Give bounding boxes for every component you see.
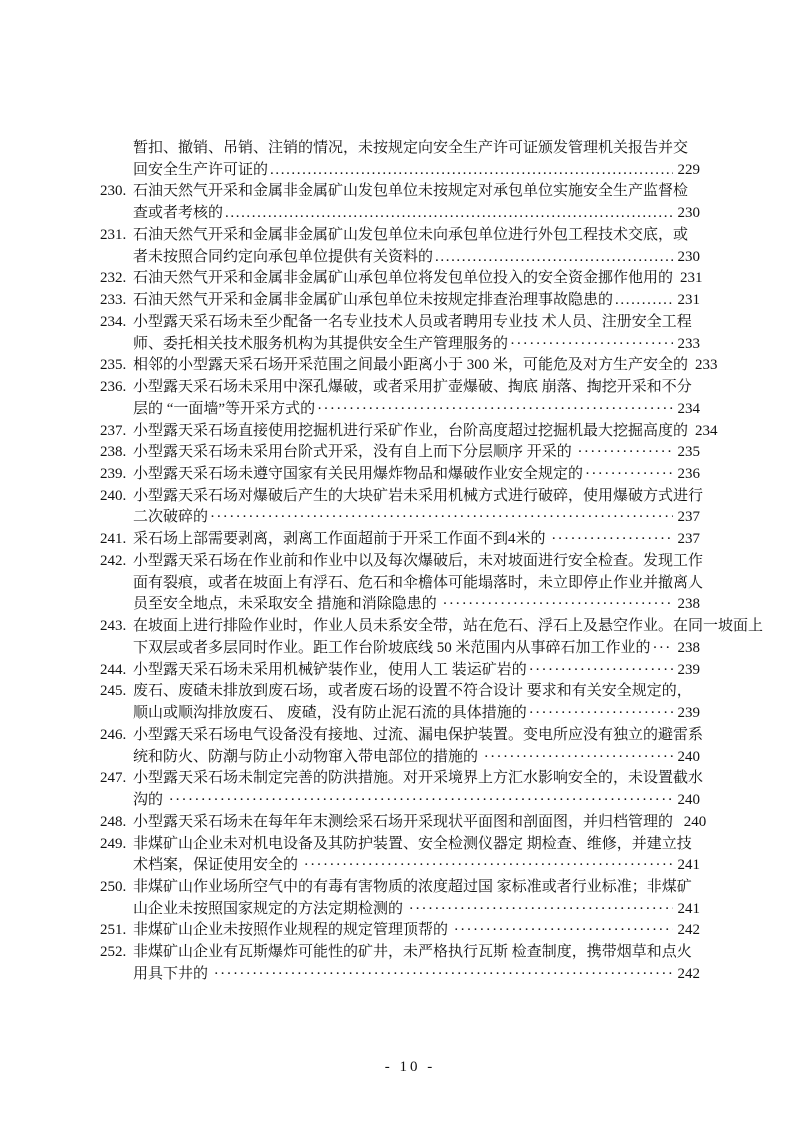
- toc-line: 回安全生产许可证的...............................…: [100, 160, 700, 182]
- toc-line: 二次破碎的···································…: [100, 507, 700, 529]
- toc-entry: 230.石油天然气开采和金属非金属矿山发包单位未按规定对承包单位实施安全生产监督…: [100, 181, 700, 224]
- document-page: 暂扣、撤销、吊销、注销的情况，未按规定向安全生产许可证颁发管理机关报告并交回安全…: [0, 0, 793, 1122]
- dot-leader: ········································…: [304, 855, 673, 877]
- entry-text: 小型露天采石场未至少配备一名专业技术人员或者聘用专业技 术人员、注册安全工程: [133, 314, 692, 330]
- toc-entry: 247.小型露天采石场未制定完善的防洪措施。对开采境界上方汇水影响安全的，未设置…: [100, 768, 700, 811]
- toc-line: 243.在坡面上进行排险作业时，作业人员未系安全带，站在危石、浮石上及悬空作业。…: [100, 616, 700, 638]
- entry-page-number: 234: [673, 399, 701, 421]
- entry-text: 小型露天采石场对爆破后产生的大块矿岩未采用机械方式进行破碎，使用爆破方式进行: [133, 488, 703, 504]
- toc-line: 235.相邻的小型露天采石场开采范围之间最小距离小于 300 米，可能危及对方生…: [100, 355, 700, 377]
- dot-leader: ........................................…: [435, 247, 672, 269]
- entry-page-number: 233: [673, 334, 701, 356]
- toc-entry: 234.小型露天采石场未至少配备一名专业技术人员或者聘用专业技 术人员、注册安全…: [100, 312, 700, 355]
- entry-text: 小型露天采石场未采用台阶式开采，没有自上而下分层顺序 开采的: [133, 442, 576, 464]
- entry-text: 相邻的小型露天采石场开采范围之间最小距离小于 300 米，可能危及对方生产安全的: [133, 355, 688, 377]
- toc-entry: 249.非煤矿山企业未对机电设备及其防护装置、安全检测仪器定 期检查、维修，并建…: [100, 834, 700, 877]
- toc-entry: 242.小型露天采石场在作业前和作业中以及每次爆破后，未对坡面进行安全检查。发现…: [100, 551, 700, 616]
- entry-page-number: 240: [673, 790, 701, 812]
- page-footer: - 10 -: [0, 1042, 793, 1093]
- entry-page-number: 236: [673, 464, 701, 486]
- entry-text: 顺山或顺沟排放废石、 废碴，没有防止泥石流的具体措施的: [133, 703, 527, 725]
- entry-text: 小型露天采石场未制定完善的防洪措施。对开采境界上方汇水影响安全的，未设置截水: [133, 770, 703, 786]
- entry-number: 244.: [100, 660, 133, 682]
- entry-number: 242.: [100, 551, 133, 573]
- entry-number: 247.: [100, 768, 133, 790]
- toc-line: 239.小型露天采石场未遵守国家有关民用爆炸物品和爆破作业安全规定的······…: [100, 464, 700, 486]
- entry-number: 241.: [100, 529, 133, 551]
- toc-line: 顺山或顺沟排放废石、 废碴，没有防止泥石流的具体措施的·············…: [100, 703, 700, 725]
- entry-page-number: 241: [673, 855, 701, 877]
- entry-number: 249.: [100, 834, 133, 856]
- dot-leader: ········································…: [454, 920, 673, 942]
- toc-line: 232.石油天然气开采和金属非金属矿山承包单位将发包单位投入的安全资金挪作他用的…: [100, 268, 700, 290]
- toc-line: 者未按照合同约定向承包单位提供有关资料的....................…: [100, 247, 700, 269]
- toc-entry: 239.小型露天采石场未遵守国家有关民用爆炸物品和爆破作业安全规定的······…: [100, 464, 700, 486]
- toc-line: 251.非煤矿山企业未按照作业规程的规定管理顶帮的 ··············…: [100, 920, 700, 942]
- entry-page-number: 230: [673, 203, 701, 225]
- toc-line: 231.石油天然气开采和金属非金属矿山发包单位未向承包单位进行外包工程技术交底，…: [100, 225, 700, 247]
- entry-page-number: 237: [673, 529, 701, 551]
- entry-page-number: 234: [690, 421, 718, 443]
- entry-text: 石油天然气开采和金属非金属矿山发包单位未按规定对承包单位实施安全生产监督检: [133, 183, 688, 199]
- entry-number: 233.: [100, 290, 133, 312]
- entry-number: 239.: [100, 464, 133, 486]
- dot-leader: ········································…: [317, 399, 672, 421]
- entry-text: 小型露天采石场未遵守国家有关民用爆炸物品和爆破作业安全规定的: [133, 464, 583, 486]
- entry-text: 废石、废碴未排放到废石场，或者废石场的设置不符合设计 要求和有关安全规定的，: [133, 683, 692, 699]
- entry-text: 非煤矿山企业未按照作业规程的规定管理顶帮的: [133, 920, 452, 942]
- entry-text: 层的 “一面墙”等开采方式的: [133, 399, 315, 421]
- toc-line: 术档案，保证使用安全的 ····························…: [100, 855, 700, 877]
- entry-text: 非煤矿山作业场所空气中的有毒有害物质的浓度超过国 家标准或者行业标准；非煤矿: [133, 879, 692, 895]
- toc-entry: 233.石油天然气开采和金属非金属矿山承包单位未按规定排查治理事故隐患的....…: [100, 290, 700, 312]
- entry-page-number: 239: [673, 660, 701, 682]
- entry-text: 石油天然气开采和金属非金属矿山发包单位未向承包单位进行外包工程技术交底，或: [133, 227, 688, 243]
- entry-page-number: 238: [673, 638, 701, 660]
- entry-page-number: 240: [679, 812, 707, 834]
- entry-text: 非煤矿山企业未对机电设备及其防护装置、安全检测仪器定 期检查、维修，并建立技: [133, 836, 692, 852]
- entry-page-number: 241: [673, 899, 701, 921]
- toc-line: 暂扣、撤销、吊销、注销的情况，未按规定向安全生产许可证颁发管理机关报告并交: [100, 138, 700, 160]
- entry-text: 山企业未按照国家规定的方法定期检测的: [133, 899, 407, 921]
- toc-line: 师、委托相关技术服务机构为其提供安全生产管理服务的···············…: [100, 334, 700, 356]
- toc-line: 245.废石、废碴未排放到废石场，或者废石场的设置不符合设计 要求和有关安全规定…: [100, 681, 700, 703]
- toc-entry: 250.非煤矿山作业场所空气中的有毒有害物质的浓度超过国 家标准或者行业标准；非…: [100, 877, 700, 920]
- entry-text: 师、委托相关技术服务机构为其提供安全生产管理服务的: [133, 334, 508, 356]
- toc-line: 236.小型露天采石场未采用中深孔爆破，或者采用扩壶爆破、掏底 崩落、掏挖开采和…: [100, 377, 700, 399]
- toc-line: 240.小型露天采石场对爆破后产生的大块矿岩未采用机械方式进行破碎，使用爆破方式…: [100, 486, 700, 508]
- entry-text: 小型露天采石场未采用中深孔爆破，或者采用扩壶爆破、掏底 崩落、掏挖开采和不分: [133, 379, 692, 395]
- entry-text: 二次破碎的: [133, 507, 208, 529]
- toc-line: 246.小型露天采石场电气设备没有接地、过流、漏电保护装置。变电所应没有独立的避…: [100, 725, 700, 747]
- entry-number: 235.: [100, 355, 133, 377]
- entry-text: 小型露天采石场未采用机械铲装作业，使用人工 装运矿岩的: [133, 660, 527, 682]
- entry-page-number: 231: [675, 268, 703, 290]
- toc-entry: 238.小型露天采石场未采用台阶式开采，没有自上而下分层顺序 开采的 ·····…: [100, 442, 700, 464]
- toc-line: 沟的 ·····································…: [100, 790, 700, 812]
- entry-text: 查或者考核的: [133, 203, 223, 225]
- entry-text: 沟的: [133, 790, 167, 812]
- dot-leader: ········································…: [529, 660, 673, 682]
- dot-leader: ········································…: [653, 638, 673, 660]
- dot-leader: ········································…: [529, 703, 673, 725]
- entry-number: 252.: [100, 942, 133, 964]
- toc-entry: 241.采石场上部需要剥离，剥离工作面超前于开采工作面不到4米的 ·······…: [100, 529, 700, 551]
- toc-line: 250.非煤矿山作业场所空气中的有毒有害物质的浓度超过国 家标准或者行业标准；非…: [100, 877, 700, 899]
- dot-leader: ········································…: [169, 790, 673, 812]
- toc-line: 山企业未按照国家规定的方法定期检测的 ·····················…: [100, 899, 700, 921]
- dot-leader: ········································…: [409, 899, 673, 921]
- dot-leader: ........................................…: [270, 160, 672, 182]
- toc-entry: 231.石油天然气开采和金属非金属矿山发包单位未向承包单位进行外包工程技术交底，…: [100, 225, 700, 268]
- dot-leader: ········································…: [510, 334, 672, 356]
- entry-text: 者未按照合同约定向承包单位提供有关资料的: [133, 247, 433, 269]
- toc-line: 查或者考核的..................................…: [100, 203, 700, 225]
- toc-entry: 235.相邻的小型露天采石场开采范围之间最小距离小于 300 米，可能危及对方生…: [100, 355, 700, 377]
- entry-number: 248.: [100, 812, 133, 834]
- entry-text: 在坡面上进行排险作业时，作业人员未系安全带，站在危石、浮石上及悬空作业。在同一坡…: [133, 618, 763, 634]
- toc-line: 层的 “一面墙”等开采方式的··························…: [100, 399, 700, 421]
- entry-text: 面有裂痕，或者在坡面上有浮石、危石和伞檐体可能塌落时，未立即停止作业并撤离人: [133, 575, 703, 591]
- entry-page-number: 231: [673, 290, 701, 312]
- entry-text: 小型露天采石场未在每年年末测绘采石场开采现状平面图和剖面图，并归档管理的: [133, 812, 677, 834]
- toc-list: 暂扣、撤销、吊销、注销的情况，未按规定向安全生产许可证颁发管理机关报告并交回安全…: [100, 138, 700, 986]
- entry-page-number: 239: [673, 703, 701, 725]
- dot-leader: ········································…: [443, 594, 673, 616]
- toc-line: 员至安全地点，未采取安全 措施和消除隐患的 ··················…: [100, 594, 700, 616]
- entry-number: 246.: [100, 725, 133, 747]
- toc-entry: 245.废石、废碴未排放到废石场，或者废石场的设置不符合设计 要求和有关安全规定…: [100, 681, 700, 724]
- toc-line: 241.采石场上部需要剥离，剥离工作面超前于开采工作面不到4米的 ·······…: [100, 529, 700, 551]
- toc-line: 用具下井的 ··································…: [100, 964, 700, 986]
- dot-leader: ········································…: [585, 464, 672, 486]
- entry-number: 243.: [100, 616, 133, 638]
- entry-number: 231.: [100, 225, 133, 247]
- entry-text: 下双层或者多层同时作业。距工作台阶坡底线 50 米范围内从事碎石加工作业的: [133, 638, 651, 660]
- entry-page-number: 237: [673, 507, 701, 529]
- toc-line: 252.非煤矿山企业有瓦斯爆炸可能性的矿井，未严格执行瓦斯 检查制度，携带烟草和…: [100, 942, 700, 964]
- footer-page-number: - 10 -: [385, 1059, 436, 1075]
- entry-page-number: 240: [673, 747, 701, 769]
- toc-line: 242.小型露天采石场在作业前和作业中以及每次爆破后，未对坡面进行安全检查。发现…: [100, 551, 700, 573]
- entry-number: 251.: [100, 920, 133, 942]
- toc-line: 237.小型露天采石场直接使用挖掘机进行采矿作业，台阶高度超过挖掘机最大挖掘高度…: [100, 421, 700, 443]
- dot-leader: ········································…: [214, 964, 673, 986]
- toc-line: 247.小型露天采石场未制定完善的防洪措施。对开采境界上方汇水影响安全的，未设置…: [100, 768, 700, 790]
- toc-entry: 暂扣、撤销、吊销、注销的情况，未按规定向安全生产许可证颁发管理机关报告并交回安全…: [100, 138, 700, 181]
- entry-page-number: 242: [673, 920, 701, 942]
- entry-number: 250.: [100, 877, 133, 899]
- toc-line: 248.小型露天采石场未在每年年末测绘采石场开采现状平面图和剖面图，并归档管理的…: [100, 812, 700, 834]
- entry-text: 回安全生产许可证的: [133, 160, 268, 182]
- toc-entry: 236.小型露天采石场未采用中深孔爆破，或者采用扩壶爆破、掏底 崩落、掏挖开采和…: [100, 377, 700, 420]
- toc-entry: 240.小型露天采石场对爆破后产生的大块矿岩未采用机械方式进行破碎，使用爆破方式…: [100, 486, 700, 529]
- toc-entry: 232.石油天然气开采和金属非金属矿山承包单位将发包单位投入的安全资金挪作他用的…: [100, 268, 700, 290]
- entry-text: 用具下井的: [133, 964, 212, 986]
- entry-text: 非煤矿山企业有瓦斯爆炸可能性的矿井，未严格执行瓦斯 检查制度，携带烟草和点火: [133, 944, 692, 960]
- entry-page-number: 238: [673, 594, 701, 616]
- toc-line: 230.石油天然气开采和金属非金属矿山发包单位未按规定对承包单位实施安全生产监督…: [100, 181, 700, 203]
- entry-page-number: 229: [673, 160, 701, 182]
- dot-leader: ........................................…: [225, 203, 672, 225]
- entry-number: 240.: [100, 486, 133, 508]
- dot-leader: ········································…: [210, 507, 672, 529]
- dot-leader: ........................................…: [615, 290, 672, 312]
- dot-leader: ········································…: [551, 529, 672, 551]
- toc-entry: 251.非煤矿山企业未按照作业规程的规定管理顶帮的 ··············…: [100, 920, 700, 942]
- entry-number: 237.: [100, 421, 133, 443]
- toc-entry: 237.小型露天采石场直接使用挖掘机进行采矿作业，台阶高度超过挖掘机最大挖掘高度…: [100, 421, 700, 443]
- toc-line: 234.小型露天采石场未至少配备一名专业技术人员或者聘用专业技 术人员、注册安全…: [100, 312, 700, 334]
- entry-text: 暂扣、撤销、吊销、注销的情况，未按规定向安全生产许可证颁发管理机关报告并交: [133, 140, 688, 156]
- entry-page-number: 230: [673, 247, 701, 269]
- toc-line: 244.小型露天采石场未采用机械铲装作业，使用人工 装运矿岩的·········…: [100, 660, 700, 682]
- dot-leader: ········································…: [578, 442, 673, 464]
- entry-number: 232.: [100, 268, 133, 290]
- entry-text: 小型露天采石场在作业前和作业中以及每次爆破后，未对坡面进行安全检查。发现工作: [133, 553, 703, 569]
- toc-entry: 244.小型露天采石场未采用机械铲装作业，使用人工 装运矿岩的·········…: [100, 660, 700, 682]
- toc-entry: 252.非煤矿山企业有瓦斯爆炸可能性的矿井，未严格执行瓦斯 检查制度，携带烟草和…: [100, 942, 700, 985]
- entry-text: 术档案，保证使用安全的: [133, 855, 302, 877]
- entry-text: 石油天然气开采和金属非金属矿山承包单位将发包单位投入的安全资金挪作他用的: [133, 268, 673, 290]
- entry-number: 234.: [100, 312, 133, 334]
- toc-line: 238.小型露天采石场未采用台阶式开采，没有自上而下分层顺序 开采的 ·····…: [100, 442, 700, 464]
- toc-line: 面有裂痕，或者在坡面上有浮石、危石和伞檐体可能塌落时，未立即停止作业并撤离人: [100, 573, 700, 595]
- entry-text: 小型露天采石场直接使用挖掘机进行采矿作业，台阶高度超过挖掘机最大挖掘高度的: [133, 421, 688, 443]
- entry-page-number: 242: [673, 964, 701, 986]
- entry-number: 238.: [100, 442, 133, 464]
- entry-text: 员至安全地点，未采取安全 措施和消除隐患的: [133, 594, 441, 616]
- toc-line: 233.石油天然气开采和金属非金属矿山承包单位未按规定排查治理事故隐患的....…: [100, 290, 700, 312]
- entry-text: 采石场上部需要剥离，剥离工作面超前于开采工作面不到4米的: [133, 529, 549, 551]
- dot-leader: ········································…: [484, 747, 673, 769]
- entry-number: 245.: [100, 681, 133, 703]
- toc-line: 统和防火、防潮与防止小动物窜入带电部位的措施的 ················…: [100, 747, 700, 769]
- toc-entry: 243.在坡面上进行排险作业时，作业人员未系安全带，站在危石、浮石上及悬空作业。…: [100, 616, 700, 659]
- toc-entry: 248.小型露天采石场未在每年年末测绘采石场开采现状平面图和剖面图，并归档管理的…: [100, 812, 700, 834]
- entry-number: 236.: [100, 377, 133, 399]
- toc-entry: 246.小型露天采石场电气设备没有接地、过流、漏电保护装置。变电所应没有独立的避…: [100, 725, 700, 768]
- entry-text: 石油天然气开采和金属非金属矿山承包单位未按规定排查治理事故隐患的: [133, 290, 613, 312]
- entry-page-number: 235: [673, 442, 701, 464]
- toc-line: 249.非煤矿山企业未对机电设备及其防护装置、安全检测仪器定 期检查、维修，并建…: [100, 834, 700, 856]
- entry-text: 统和防火、防潮与防止小动物窜入带电部位的措施的: [133, 747, 482, 769]
- entry-page-number: 233: [690, 355, 718, 377]
- toc-line: 下双层或者多层同时作业。距工作台阶坡底线 50 米范围内从事碎石加工作业的···…: [100, 638, 700, 660]
- entry-text: 小型露天采石场电气设备没有接地、过流、漏电保护装置。变电所应没有独立的避雷系: [133, 727, 703, 743]
- entry-number: 230.: [100, 181, 133, 203]
